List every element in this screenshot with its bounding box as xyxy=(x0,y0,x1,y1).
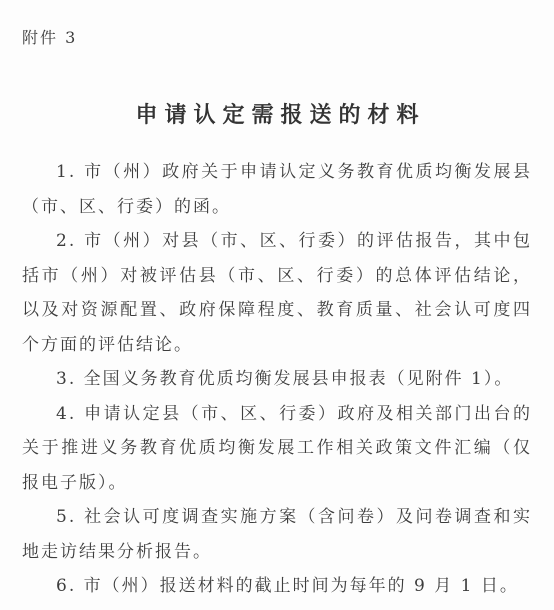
document-paragraph-5: 5. 社会认可度调查实施方案（含问卷）及问卷调查和实地走访结果分析报告。 xyxy=(22,500,532,569)
document-paragraph-4: 4. 申请认定县（市、区、行委）政府及相关部门出台的关于推进义务教育优质均衡发展… xyxy=(22,397,532,501)
document-title: 申请认定需报送的材料 xyxy=(22,99,532,131)
document-paragraph-3: 3. 全国义务教育优质均衡发展县申报表（见附件 1）。 xyxy=(22,362,532,397)
document-paragraph-6: 6. 市（州）报送材料的截止时间为每年的 9 月 1 日。 xyxy=(22,569,532,604)
document-paragraph-2: 2. 市（州）对县（市、区、行委）的评估报告，其中包括市（州）对被评估县（市、区… xyxy=(22,224,532,362)
document-page: 附件 3 申请认定需报送的材料 1. 市（州）政府关于申请认定义务教育优质均衡发… xyxy=(0,0,554,610)
attachment-label: 附件 3 xyxy=(22,27,532,49)
document-body: 1. 市（州）政府关于申请认定义务教育优质均衡发展县（市、区、行委）的函。 2.… xyxy=(22,155,532,604)
document-paragraph-1: 1. 市（州）政府关于申请认定义务教育优质均衡发展县（市、区、行委）的函。 xyxy=(22,155,532,224)
